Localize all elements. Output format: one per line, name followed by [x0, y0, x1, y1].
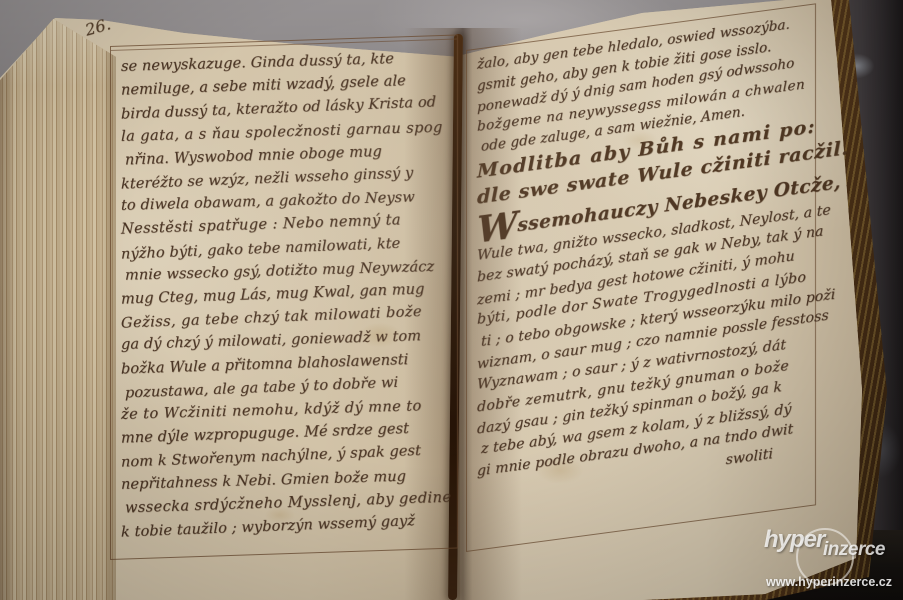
photo-scene: 26. se newyskazuge. Ginda dussý ta, kten… — [0, 0, 903, 600]
watermark-brand-hyper: hyper — [764, 526, 824, 554]
right-page-content: žalo, aby gen tebe hledalo, oswied wssoz… — [466, 3, 816, 552]
left-page-text: se newyskazuge. Ginda dussý ta, ktenemil… — [111, 35, 457, 544]
watermark-url: www.hyperinzerce.cz — [766, 575, 892, 589]
open-book: 26. se newyskazuge. Ginda dussý ta, kten… — [0, 0, 903, 600]
page-edges-stack — [0, 16, 116, 600]
left-page-content: 26. se newyskazuge. Ginda dussý ta, kten… — [110, 34, 458, 560]
watermark-brand-inzerce: inzerce — [823, 539, 885, 561]
right-page-body-text: Wule twa, gnižto wssecko, sladkost, Neyl… — [477, 202, 807, 484]
